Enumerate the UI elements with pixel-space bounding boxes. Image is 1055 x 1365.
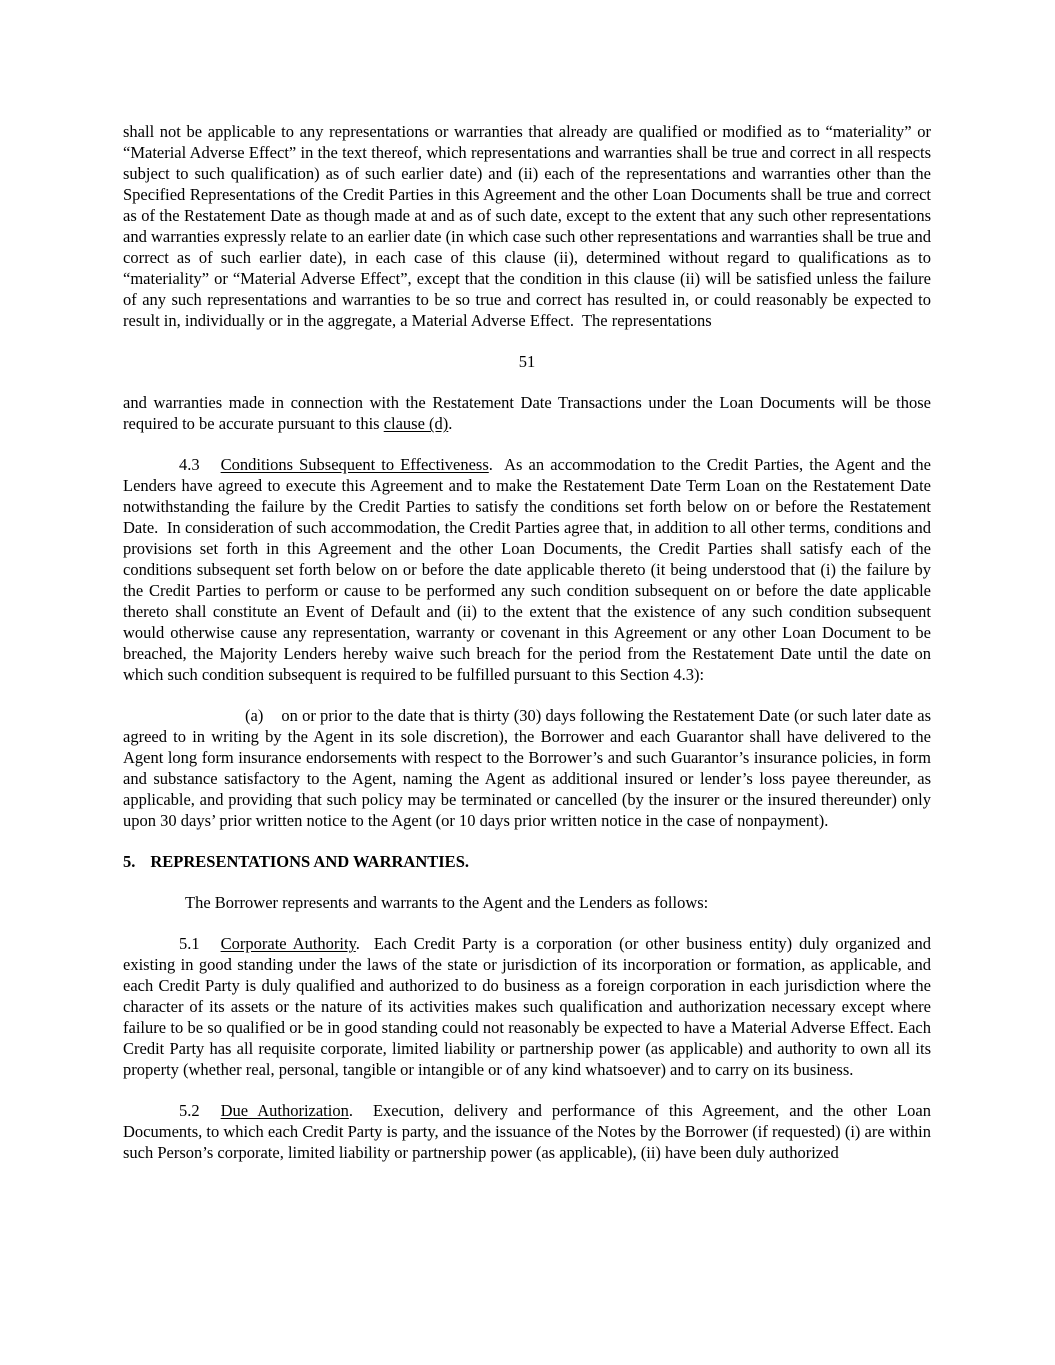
section-5-1-body: . Each Credit Party is a corporation (or… (123, 934, 931, 1079)
section-4-3-number: 4.3 (179, 455, 200, 474)
article-5-heading: 5.REPRESENTATIONS AND WARRANTIES. (123, 851, 931, 872)
item-a-paragraph: (a)on or prior to the date that is thirt… (123, 705, 931, 831)
section-5-2-paragraph: 5.2Due Authorization. Execution, deliver… (123, 1100, 931, 1163)
section-4-3-paragraph: 4.3Conditions Subsequent to Effectivenes… (123, 454, 931, 685)
intro-paragraph: The Borrower represents and warrants to … (123, 892, 931, 913)
bridge-text-after: . (448, 414, 452, 433)
article-5-title: REPRESENTATIONS AND WARRANTIES. (150, 852, 469, 871)
bridge-text-before: and warranties made in connection with t… (123, 393, 931, 433)
clause-d-reference: clause (d) (384, 414, 449, 433)
section-5-2-heading: Due Authorization (221, 1101, 349, 1120)
paragraph-continuation: shall not be applicable to any represent… (123, 121, 931, 331)
section-5-2-number: 5.2 (179, 1101, 200, 1120)
section-5-1-heading: Corporate Authority (221, 934, 356, 953)
section-5-1-number: 5.1 (179, 934, 200, 953)
page-number: 51 (123, 351, 931, 372)
section-5-1-paragraph: 5.1Corporate Authority. Each Credit Part… (123, 933, 931, 1080)
document-page: shall not be applicable to any represent… (0, 0, 1055, 1365)
paragraph-bridge: and warranties made in connection with t… (123, 392, 931, 434)
item-a-label: (a) (245, 706, 263, 725)
section-4-3-heading: Conditions Subsequent to Effectiveness (221, 455, 489, 474)
section-4-3-body: . As an accommodation to the Credit Part… (123, 455, 931, 684)
article-5-number: 5. (123, 852, 135, 871)
